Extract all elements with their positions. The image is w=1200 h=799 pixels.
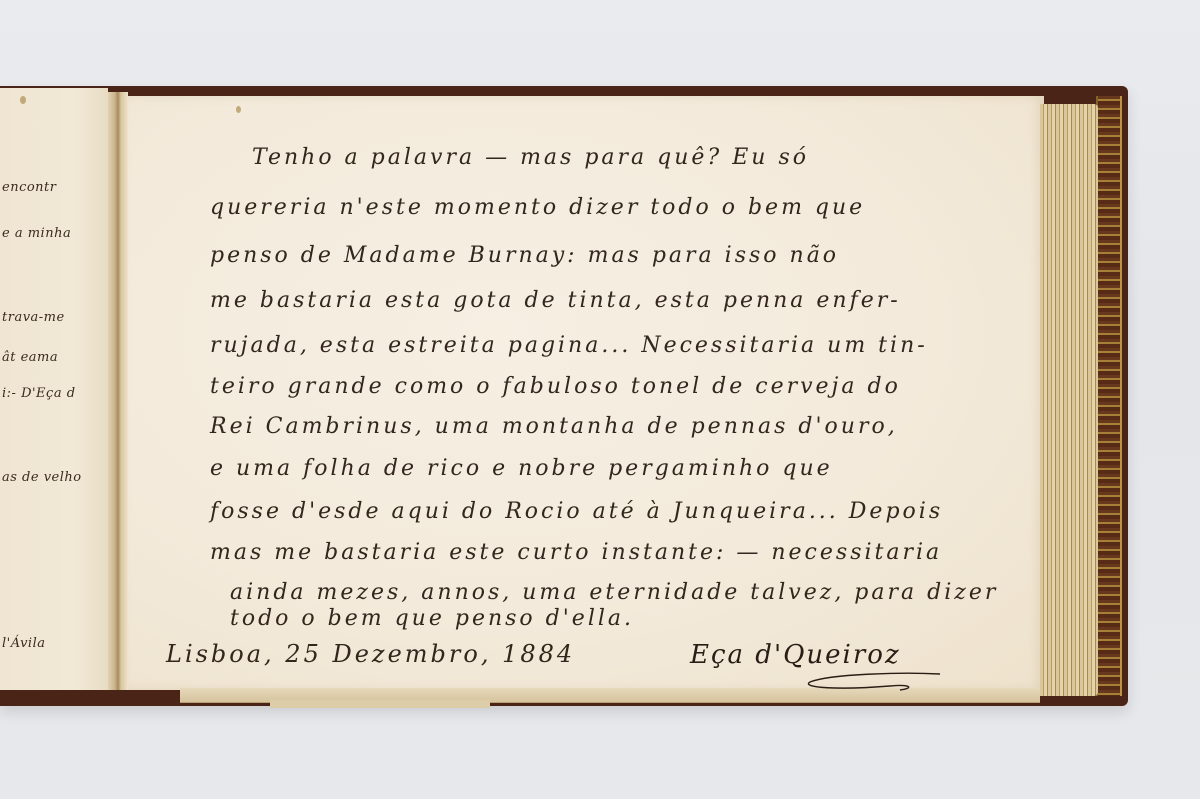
left-page-fragment: e a minha — [2, 226, 71, 241]
left-page-fragment: trava-me — [2, 310, 65, 325]
handwritten-line: ainda mezes, annos, uma eternidade talve… — [230, 580, 998, 605]
handwritten-line: Rei Cambrinus, uma montanha de pennas d'… — [210, 414, 898, 439]
handwritten-line: fosse d'esde aqui do Rocio até à Junquei… — [210, 499, 943, 524]
left-page: encontr e a minha trava-me ât eama i:- D… — [0, 88, 108, 690]
foxing-spot — [236, 106, 241, 113]
handwritten-line: Tenho a palavra — mas para quê? Eu só — [252, 145, 809, 170]
left-page-fragment: as de velho — [2, 470, 82, 485]
handwritten-line: quereria n'este momento dizer todo o bem… — [210, 195, 865, 220]
left-page-fragment: encontr — [2, 180, 56, 195]
handwritten-line: me bastaria esta gota de tinta, esta pen… — [210, 288, 901, 313]
signature: Eça d'Queiroz — [690, 640, 901, 670]
handwritten-line: mas me bastaria este curto instante: — n… — [210, 540, 942, 565]
handwritten-line: todo o bem que penso d'ella. — [230, 606, 634, 631]
page-edges — [1040, 104, 1098, 696]
book-gutter — [108, 92, 128, 690]
left-page-fragment: l'Ávila — [2, 636, 46, 651]
photo-scene: encontr e a minha trava-me ât eama i:- D… — [0, 0, 1200, 799]
signature-flourish-icon — [800, 668, 950, 692]
left-page-fragment: i:- D'Eça d — [2, 386, 76, 401]
left-page-fragment: ât eama — [2, 350, 58, 365]
handwritten-line: penso de Madame Burnay: mas para isso nã… — [210, 243, 839, 268]
loose-sheet-edge — [270, 700, 490, 708]
foxing-spot — [20, 96, 26, 104]
dateline: Lisboa, 25 Dezembro, 1884 — [166, 640, 575, 668]
handwritten-line: teiro grande como o fabuloso tonel de ce… — [210, 374, 901, 399]
handwritten-line: e uma folha de rico e nobre pergaminho q… — [210, 456, 833, 481]
gilt-border-decoration — [1096, 96, 1122, 696]
handwritten-line: rujada, esta estreita pagina... Necessit… — [210, 333, 928, 358]
